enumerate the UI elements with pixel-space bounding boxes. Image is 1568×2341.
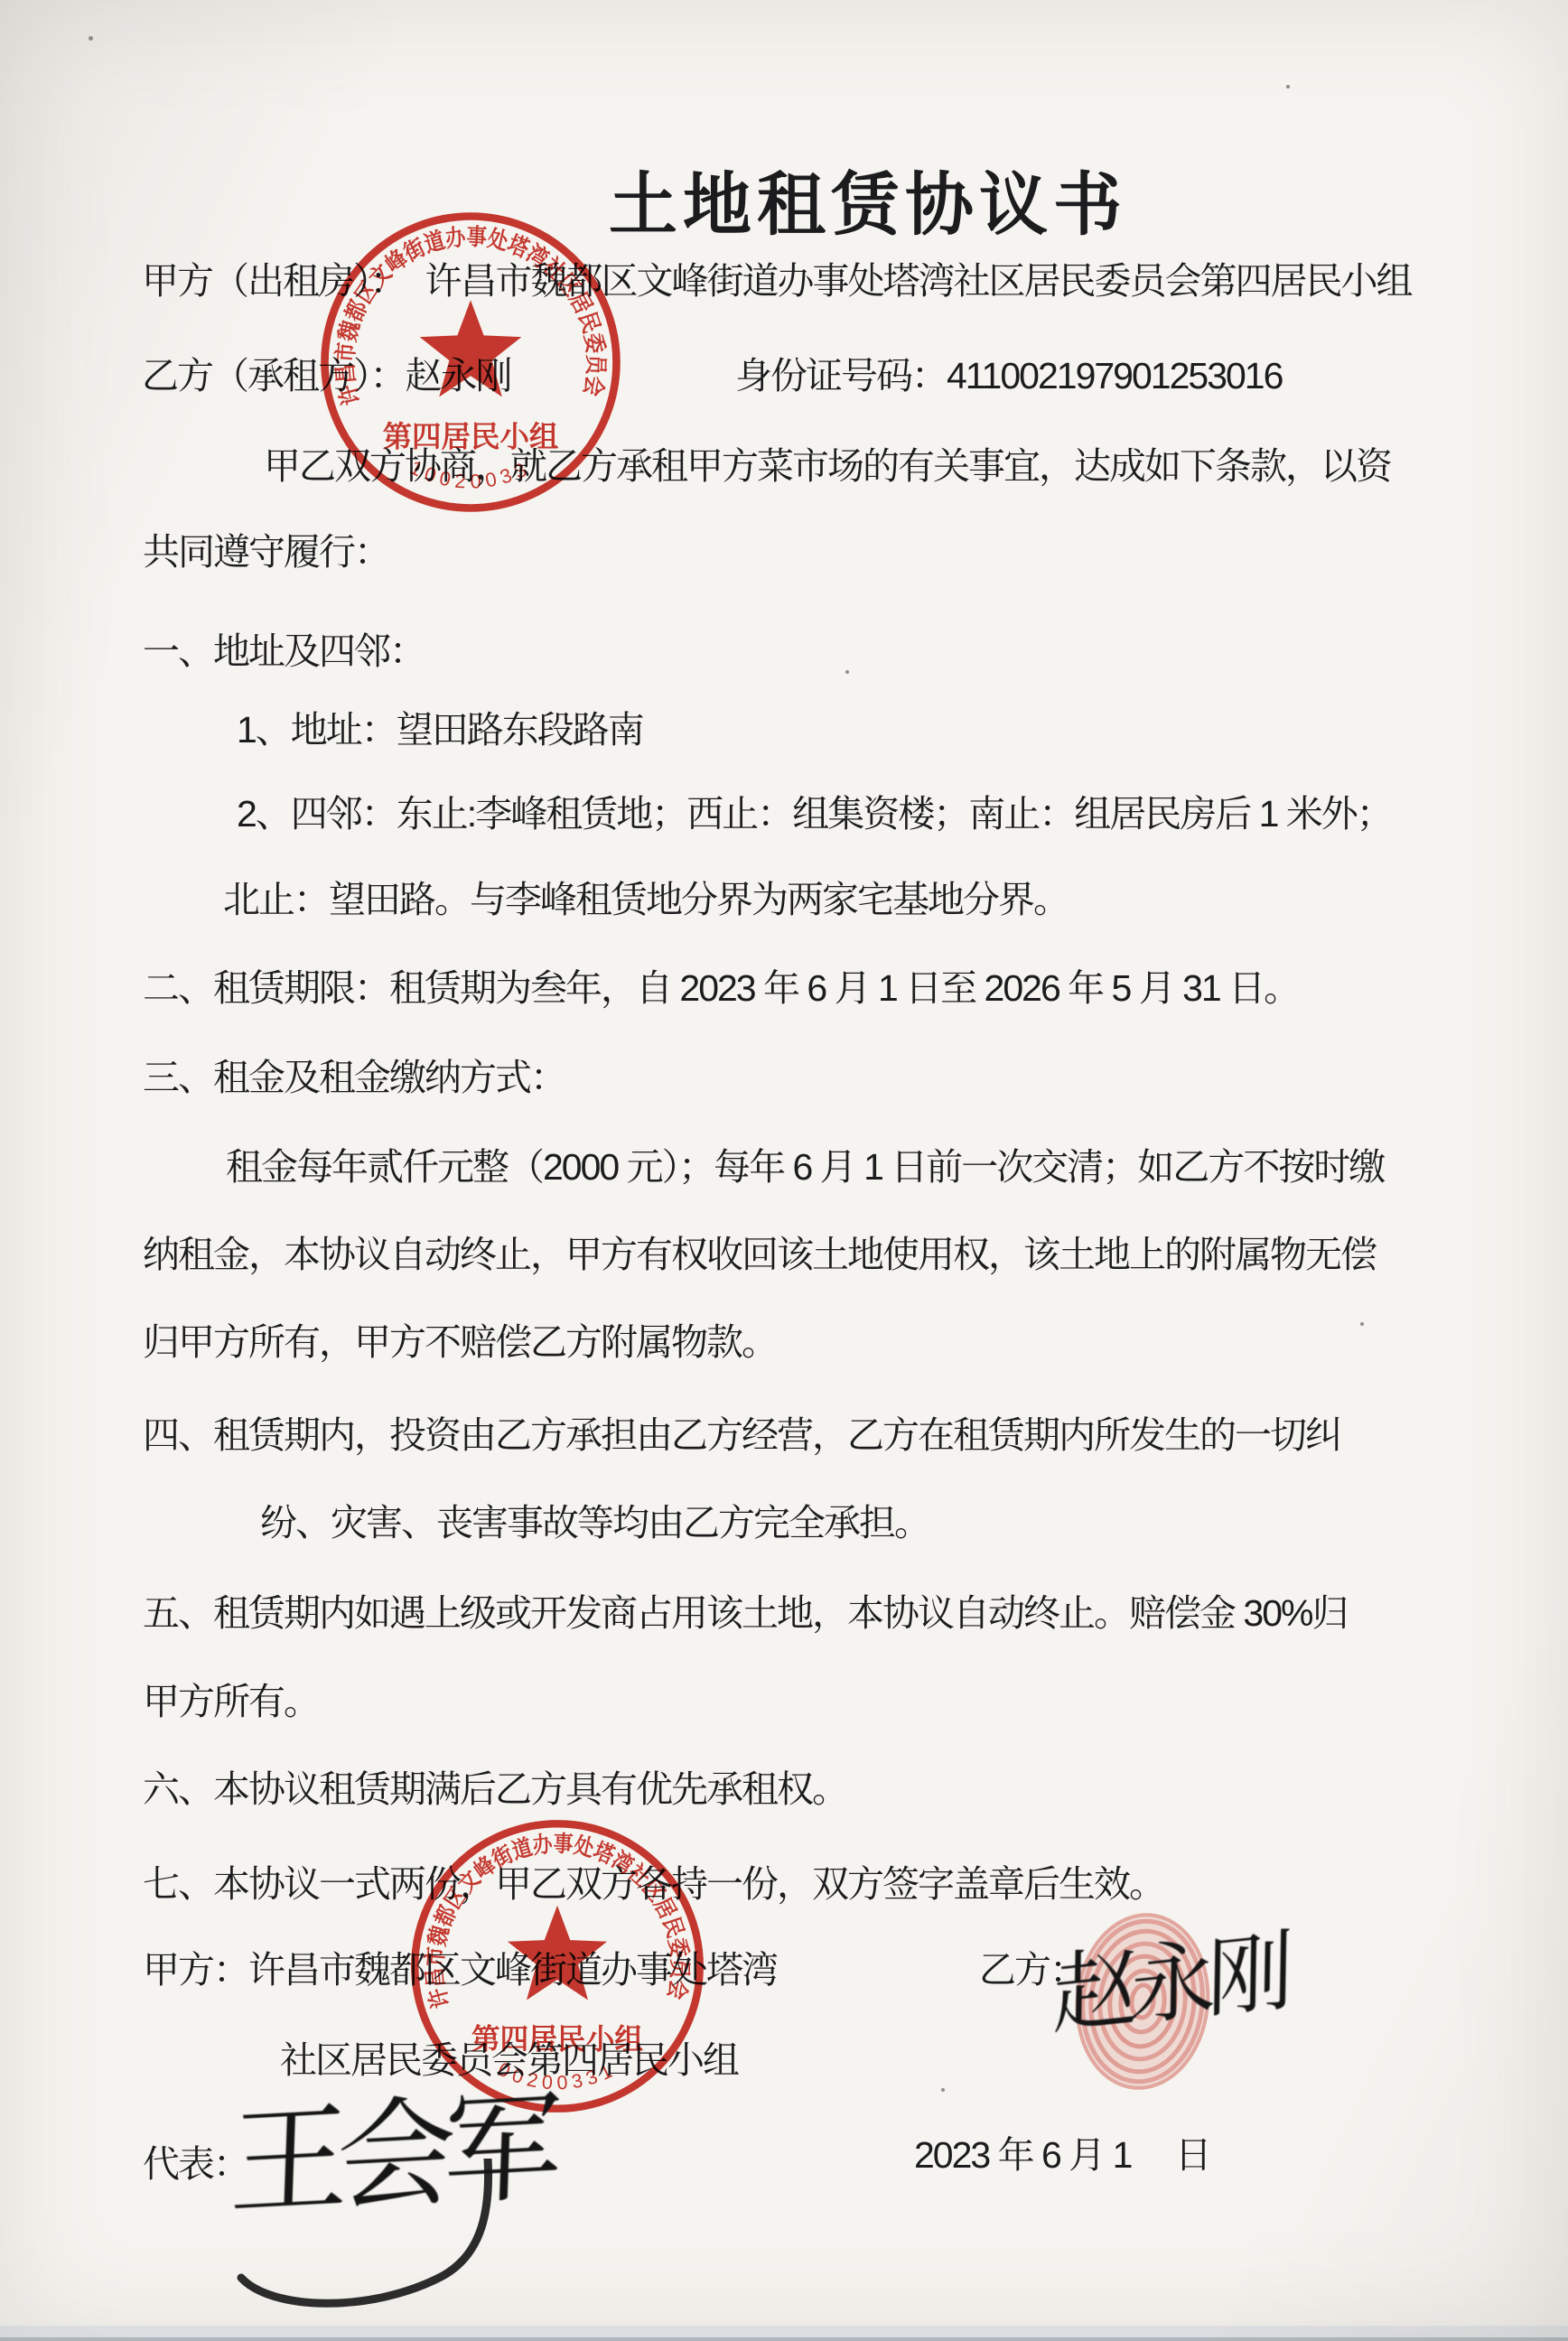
clause-4-line-2: 纷、灾害、丧害事故等均由乙方完全承担。 — [260, 1500, 929, 1546]
official-seal-top: 许昌市魏都区文峰街道办事处塔湾社区居民委员会 第四居民小组 10020033 — [315, 201, 626, 523]
seal-group-text: 第四居民小组 — [471, 2022, 644, 2055]
seal-graphic: 许昌市魏都区文峰街道办事处塔湾社区居民委员会 第四居民小组 10020033 — [315, 201, 626, 523]
seal-code-digits: 10020033 — [406, 456, 535, 493]
sig-date: 2023 年 6 月 1 日 — [914, 2132, 1210, 2178]
seal-star-icon — [508, 1906, 607, 2001]
clause-3-line-3: 归甲方所有，甲方不赔偿乙方附属物款。 — [143, 1320, 777, 1366]
dust-speck — [1360, 1322, 1364, 1326]
clause-3-heading: 三、租金及租金缴纳方式： — [143, 1055, 565, 1101]
seal-group-text: 第四居民小组 — [383, 421, 559, 453]
dust-speck — [845, 670, 849, 674]
clause-3-line-1: 租金每年贰仟元整（2000 元）；每年 6 月 1 日前一次交清；如乙方不按时缴 — [226, 1144, 1384, 1190]
id-label: 身份证号码： — [735, 355, 947, 396]
sig-party-a-label: 甲方： — [143, 1949, 248, 1991]
id-value: 411002197901253016 — [947, 355, 1282, 396]
intro-line-2: 共同遵守履行： — [143, 529, 389, 575]
seal-star-icon — [420, 300, 522, 396]
rep-signature-flourish — [212, 2159, 546, 2339]
clause-2: 二、租赁期限：租赁期为叁年，自 2023 年 6 月 1 日至 2026 年 5… — [143, 965, 1299, 1012]
clause-4-line-1: 四、租赁期内，投资由乙方承担由乙方经营，乙方在租赁期内所发生的一切纠 — [143, 1413, 1340, 1459]
scanned-contract-page: 土地租赁协议书 甲方（出租房）：许昌市魏都区文峰街道办事处塔湾社区居民委员会第四… — [0, 0, 1568, 2341]
clause-6: 六、本协议租赁期满后乙方具有优先承租权。 — [143, 1767, 847, 1813]
clause-1-heading: 一、地址及四邻： — [143, 629, 425, 675]
clause-5-line-1: 五、租赁期内如遇上级或开发商占用该土地，本协议自动终止。赔偿金 30%归 — [143, 1590, 1347, 1637]
clause-5-line-2: 甲方所有。 — [143, 1679, 319, 1725]
dust-speck — [1286, 85, 1290, 89]
scan-bottom-edge — [0, 2326, 1568, 2341]
clause-1-item-2: 2、四邻：东止:李峰租赁地；西止：组集资楼；南止：组居民房后 1 米外； — [237, 791, 1392, 837]
id-number-line: 身份证号码：411002197901253016 — [735, 353, 1282, 399]
clause-3-line-2: 纳租金，本协议自动终止，甲方有权收回该土地使用权，该土地上的附属物无偿 — [143, 1232, 1376, 1278]
document-title: 土地租赁协议书 — [609, 150, 1127, 248]
clause-1-item-1: 1、地址：望田路东段路南 — [237, 707, 643, 753]
clause-1-item-2-cont: 北止：望田路。与李峰租赁地分界为两家宅基地分界。 — [223, 877, 1069, 923]
svg-text:10020033: 10020033 — [406, 456, 535, 493]
dust-speck — [89, 36, 93, 41]
party-b-signature-handwriting: 赵永刚 — [1052, 1902, 1286, 2051]
dust-speck — [941, 2088, 945, 2092]
